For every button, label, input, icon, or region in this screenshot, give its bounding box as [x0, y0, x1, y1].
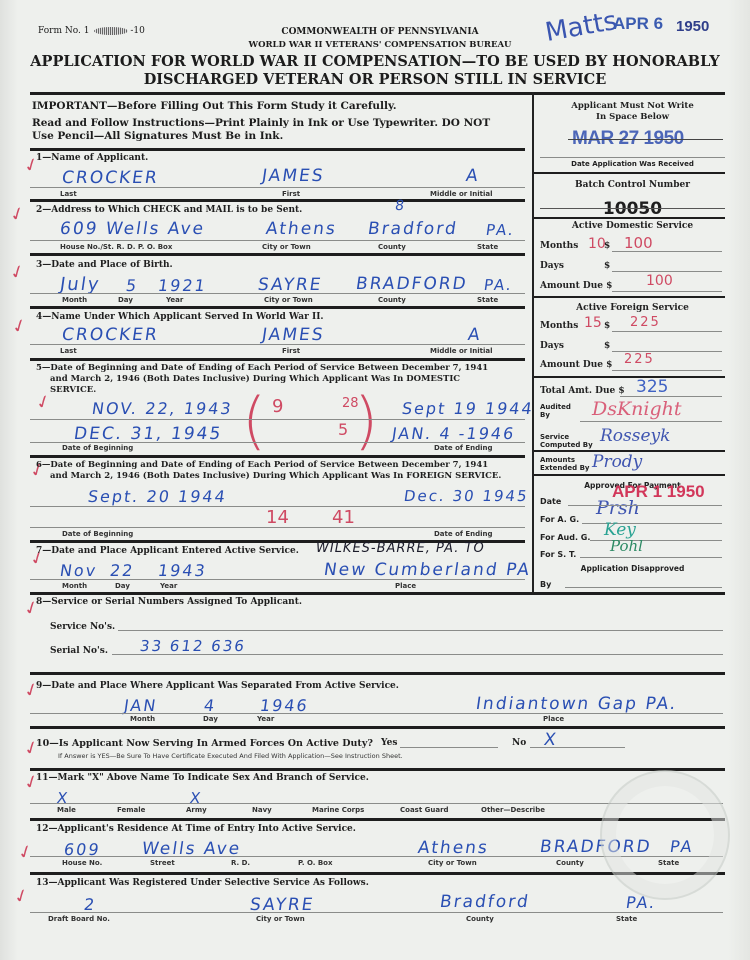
- rule: [30, 253, 525, 256]
- yes-field[interactable]: [400, 747, 498, 748]
- application-form-page: Form No. 1 -10 COMMONWEALTH OF PENNSYLVA…: [0, 0, 750, 960]
- caption-county: County: [466, 915, 494, 923]
- section-1-label: 1—Name of Applicant.: [36, 153, 148, 163]
- separation-place[interactable]: Indiantown Gap PA.: [475, 694, 679, 714]
- dollar-sign: $: [604, 321, 610, 331]
- foreign-heading: Active Foreign Service: [540, 303, 725, 313]
- office-column-divider: [532, 92, 534, 592]
- section-6-label-line-2: and March 2, 1946 (Both Dates Inclusive)…: [50, 471, 501, 481]
- entry-day[interactable]: 22: [109, 561, 136, 580]
- caption-month: Month: [130, 715, 155, 723]
- service-middle-initial[interactable]: A: [467, 325, 483, 345]
- audited-signature: DsKnight: [592, 398, 682, 420]
- entry-year[interactable]: 1943: [157, 561, 208, 580]
- option-navy[interactable]: Navy: [252, 806, 272, 814]
- review-checkmark-icon: ✓: [11, 884, 32, 909]
- caption-middle: Middle or Initial: [430, 347, 493, 355]
- rule: [30, 148, 525, 151]
- header-line-1: COMMONWEALTH OF PENNSYLVANIA: [230, 27, 530, 37]
- approved-date-signature: Prsh: [596, 497, 640, 519]
- applicant-last-name[interactable]: CROCKER: [61, 168, 160, 188]
- caption-last: Last: [60, 347, 77, 355]
- total-label: Total Amt. Due $: [540, 386, 625, 396]
- entry-place-prefix[interactable]: WILKES-BARRE, PA. TO: [316, 541, 485, 556]
- caption-last: Last: [60, 190, 77, 198]
- service-last-name[interactable]: CROCKER: [61, 325, 160, 345]
- st-signature: Pohl: [610, 537, 643, 555]
- domestic-months-label: Months: [540, 241, 578, 251]
- caption-city: City or Town: [264, 296, 313, 304]
- option-marine-corps[interactable]: Marine Corps: [312, 806, 364, 814]
- review-checkmark-icon: ✓: [7, 202, 28, 227]
- section-12-label: 12—Applicant's Residence At Time of Entr…: [36, 824, 356, 834]
- form-number: Form No. 1 -10: [38, 26, 145, 36]
- dollar-sign: $: [604, 241, 610, 251]
- caption-first: First: [282, 347, 300, 355]
- office-heading-1: Applicant Must Not Write: [540, 101, 725, 111]
- form-suffix: -10: [130, 26, 145, 36]
- domestic-calc-extra: 5: [338, 420, 348, 439]
- domestic-calc-months: 9: [272, 396, 283, 417]
- field-underline: [568, 139, 723, 140]
- birth-state[interactable]: PA.: [483, 276, 514, 294]
- batch-number: 10050: [540, 199, 725, 219]
- caption-place: Place: [543, 715, 564, 723]
- caption-place: Place: [395, 582, 416, 590]
- header-signature: Matts: [543, 6, 619, 48]
- army-mark[interactable]: X: [189, 789, 204, 807]
- foreign-days-label: Days: [540, 341, 564, 351]
- rule: [30, 672, 725, 675]
- rule: [30, 768, 725, 771]
- union-label-icon: [94, 27, 128, 35]
- caption-year: Year: [257, 715, 274, 723]
- caption-state: State: [477, 243, 498, 251]
- option-other[interactable]: Other—Describe: [481, 806, 545, 814]
- instructions-line-3: Use Pencil—All Signatures Must Be in Ink…: [32, 130, 283, 142]
- rule: [534, 376, 725, 378]
- review-checkmark-icon: ✓: [9, 314, 30, 339]
- domestic-days-label: Days: [540, 261, 564, 271]
- draft-board-county[interactable]: Bradford: [439, 892, 532, 912]
- service-numbers-field[interactable]: [118, 630, 723, 631]
- option-male[interactable]: Male: [57, 806, 76, 814]
- embossed-seal-icon: [600, 770, 730, 900]
- caption-county: County: [378, 296, 406, 304]
- section-6-label-line-1: 6—Date of Beginning and Date of Ending o…: [36, 460, 488, 470]
- field-underline: [112, 654, 723, 655]
- foreign-months-value: 15: [584, 315, 602, 331]
- field-underline: [612, 370, 722, 371]
- address-county[interactable]: Bradford: [367, 219, 460, 239]
- foreign-due-value: 225: [624, 352, 655, 367]
- field-underline: [612, 331, 722, 332]
- yes-label: Yes: [381, 738, 397, 748]
- top-rule: [30, 92, 725, 95]
- audg-label: For Aud. G.: [540, 533, 590, 542]
- address-street[interactable]: 609 Wells Ave: [59, 219, 207, 239]
- field-underline: [540, 208, 725, 209]
- caption-house-no: House No.: [62, 859, 102, 867]
- instructions-line-2: Read and Follow Instructions—Print Plain…: [32, 117, 490, 129]
- caption-year: Year: [166, 296, 183, 304]
- domestic-due-value: 100: [646, 273, 673, 289]
- serial-numbers-value[interactable]: 33 612 636: [139, 637, 247, 655]
- address-state[interactable]: PA.: [485, 221, 516, 239]
- form-title-line-2: DISCHARGED VETERAN OR PERSON STILL IN SE…: [0, 71, 750, 88]
- no-mark[interactable]: X: [543, 730, 559, 750]
- received-stamp-year: 1950: [676, 18, 709, 35]
- entry-month[interactable]: Nov: [59, 561, 99, 580]
- section-4-label: 4—Name Under Which Applicant Served In W…: [36, 312, 324, 322]
- ag-label: For A. G.: [540, 515, 579, 524]
- field-underline: [30, 187, 525, 188]
- caption-middle: Middle or Initial: [430, 190, 493, 198]
- caption-state: State: [616, 915, 637, 923]
- domestic-begin-2[interactable]: DEC. 31, 1945: [73, 424, 224, 444]
- audited-label: Audited By: [540, 403, 580, 419]
- review-checkmark-icon: ✓: [15, 840, 36, 865]
- form-title-line-1: APPLICATION FOR WORLD WAR II COMPENSATIO…: [0, 53, 750, 70]
- foreign-end[interactable]: Dec. 30 1945: [403, 487, 530, 505]
- option-female[interactable]: Female: [117, 806, 145, 814]
- caption-year: Year: [160, 582, 177, 590]
- section-9-label: 9—Date and Place Where Applicant Was Sep…: [36, 681, 399, 691]
- field-underline: [30, 713, 723, 714]
- caption-street: House No./St. R. D. P. O. Box: [60, 243, 172, 251]
- field-underline: [620, 396, 722, 397]
- rule: [30, 726, 725, 729]
- form-number-label: Form No. 1: [38, 26, 89, 36]
- applicant-first-name[interactable]: JAMES: [261, 166, 326, 186]
- no-label: No: [512, 738, 526, 748]
- section-7-label: 7—Date and Place Applicant Entered Activ…: [36, 546, 299, 556]
- birth-month[interactable]: July: [59, 274, 102, 295]
- rule: [534, 474, 725, 476]
- caption-city: City or Town: [256, 915, 305, 923]
- caption-draft-board: Draft Board No.: [48, 915, 110, 923]
- extended-signature: Prody: [592, 452, 642, 472]
- review-checkmark-icon: ✓: [7, 260, 28, 285]
- caption-date-of-ending: Date of Ending: [434, 530, 493, 538]
- field-underline: [568, 505, 722, 506]
- field-underline: [565, 587, 722, 588]
- caption-po-box: P. O. Box: [298, 859, 333, 867]
- section-10-label: 10—Is Applicant Now Serving In Armed For…: [36, 738, 373, 749]
- section-10-note: If Answer is YES—Be Sure To Have Certifi…: [58, 752, 403, 760]
- received-label: Date Application Was Received: [540, 160, 725, 168]
- calc-bracket-left: (: [242, 384, 266, 457]
- foreign-calc-days: 41: [332, 507, 355, 528]
- field-underline: [30, 344, 525, 345]
- caption-month: Month: [62, 296, 87, 304]
- caption-date-of-beginning: Date of Beginning: [62, 444, 133, 452]
- field-underline: [580, 557, 722, 558]
- header-line-2: WORLD WAR II VETERANS' COMPENSATION BURE…: [200, 40, 560, 50]
- caption-day: Day: [115, 582, 130, 590]
- caption-month: Month: [62, 582, 87, 590]
- section-5-label-line-1: 5—Date of Beginning and Date of Ending o…: [36, 363, 488, 373]
- st-label: For S. T.: [540, 550, 576, 559]
- address-city[interactable]: Athens: [265, 219, 339, 239]
- computed-signature: Rosseyk: [600, 426, 670, 446]
- field-underline: [30, 442, 525, 443]
- foreign-due-label: Amount Due $: [540, 360, 612, 370]
- domestic-due-label: Amount Due $: [540, 281, 612, 291]
- caption-rd: R. D.: [231, 859, 250, 867]
- section-5-label-line-2: and March 2, 1946 (Both Dates Inclusive)…: [50, 374, 460, 384]
- extended-label: Amounts Extended By: [540, 456, 596, 472]
- field-underline: [582, 523, 722, 524]
- applicant-middle-initial[interactable]: A: [465, 166, 481, 186]
- caption-city: City or Town: [428, 859, 477, 867]
- foreign-months-label: Months: [540, 321, 578, 331]
- domestic-heading: Active Domestic Service: [540, 221, 725, 231]
- disapproved-heading: Application Disapproved: [540, 564, 725, 573]
- rule: [534, 217, 725, 219]
- caption-street: Street: [150, 859, 175, 867]
- field-underline: [30, 912, 723, 913]
- rule: [30, 358, 525, 361]
- received-stamp-date: APR 6: [613, 14, 663, 34]
- field-underline: [580, 421, 722, 422]
- caption-county: County: [556, 859, 584, 867]
- rule: [534, 172, 725, 174]
- caption-first: First: [282, 190, 300, 198]
- dollar-sign: $: [604, 261, 610, 271]
- rule: [30, 455, 525, 458]
- section-2-label: 2—Address to Which CHECK and MAIL is to …: [36, 205, 302, 215]
- rule: [534, 296, 725, 298]
- field-underline: [30, 527, 525, 528]
- domestic-begin-1[interactable]: NOV. 22, 1943: [91, 399, 234, 418]
- foreign-months-amount: 225: [630, 315, 661, 330]
- field-underline: [30, 293, 525, 294]
- domestic-end-1[interactable]: Sept 19 1944: [401, 399, 535, 418]
- domestic-months-amount: 100: [624, 234, 653, 252]
- option-coast-guard[interactable]: Coast Guard: [400, 806, 449, 814]
- field-underline: [30, 240, 525, 241]
- by-label: By: [540, 580, 551, 589]
- domestic-end-2[interactable]: JAN. 4 -1946: [391, 424, 517, 443]
- section-13-label: 13—Applicant Was Registered Under Select…: [36, 878, 369, 888]
- office-heading-2: In Space Below: [540, 112, 725, 122]
- section-11-label: 11—Mark "X" Above Name To Indicate Sex A…: [36, 773, 369, 783]
- instructions-line-1: IMPORTANT—Before Filling Out This Form S…: [32, 100, 397, 112]
- entry-place[interactable]: New Cumberland PA: [323, 560, 533, 580]
- service-numbers-label: Service No's.: [50, 622, 115, 632]
- caption-city: City or Town: [262, 243, 311, 251]
- approved-date-label: Date: [540, 497, 561, 506]
- section-8-label: 8—Service or Serial Numbers Assigned To …: [36, 597, 302, 607]
- field-underline: [612, 251, 722, 252]
- calc-bracket-right: ): [354, 384, 378, 457]
- section-5-label-line-3: SERVICE.: [50, 385, 96, 395]
- batch-label: Batch Control Number: [540, 180, 725, 190]
- birth-city[interactable]: SAYRE: [257, 275, 324, 295]
- rule: [30, 199, 525, 202]
- birth-county[interactable]: BRADFORD: [355, 274, 469, 294]
- address-note: 8: [394, 198, 407, 214]
- rule: [30, 592, 725, 595]
- computed-label: Service Computed By: [540, 433, 596, 449]
- foreign-begin[interactable]: Sept. 20 1944: [87, 487, 228, 506]
- male-mark[interactable]: X: [56, 789, 71, 807]
- total-value: 325: [636, 377, 668, 397]
- field-underline: [612, 271, 722, 272]
- caption-day: Day: [203, 715, 218, 723]
- serial-numbers-label: Serial No's.: [50, 646, 108, 656]
- option-army[interactable]: Army: [186, 806, 207, 814]
- residence-city[interactable]: Athens: [417, 838, 491, 858]
- field-underline: [540, 157, 725, 158]
- foreign-calc-months: 14: [266, 507, 289, 528]
- field-underline: [30, 579, 525, 580]
- caption-county: County: [378, 243, 406, 251]
- rule: [30, 306, 525, 309]
- caption-day: Day: [118, 296, 133, 304]
- dollar-sign: $: [604, 341, 610, 351]
- caption-date-of-beginning: Date of Beginning: [62, 530, 133, 538]
- field-underline: [30, 419, 525, 420]
- caption-date-of-ending: Date of Ending: [434, 444, 493, 452]
- section-3-label: 3—Date and Place of Birth.: [36, 260, 173, 270]
- caption-state: State: [477, 296, 498, 304]
- field-underline: [612, 291, 722, 292]
- service-first-name[interactable]: JAMES: [261, 325, 326, 345]
